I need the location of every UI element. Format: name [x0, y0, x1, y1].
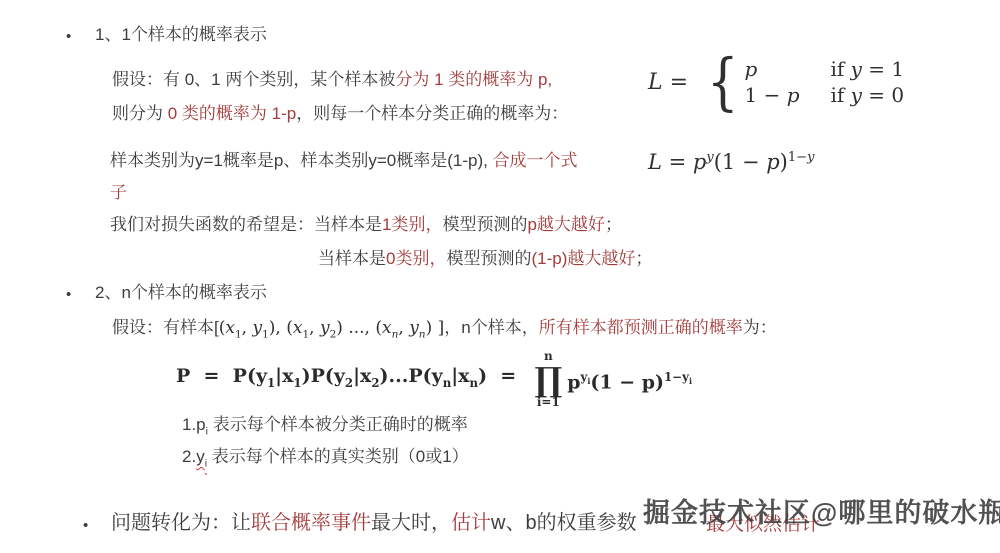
joint-probability-formula: P = P(y1|x1)P(y2|x2)...P(yn|xn) = n ∏ i=…: [176, 350, 692, 409]
note-y-definition: 2.yi 表示每个样本的真实类别（0或1）: [182, 446, 469, 474]
product-symbol: n ∏ i=1: [534, 350, 562, 409]
section1-assumption-line1: 假设：有 0、1 两个类别，某个样本被分为 1 类的概率为 p,: [112, 69, 552, 91]
section2-heading: 2、n个样本的概率表示: [95, 282, 267, 304]
bullet-icon: •: [83, 515, 88, 537]
section1-heading: 1、1个样本的概率表示: [95, 24, 267, 46]
conclusion-line: 问题转化为：让联合概率事件最大时，估计w、b的权重参数: [111, 510, 637, 536]
bullet-icon: •: [66, 26, 71, 48]
piecewise-row-2: 1 − p if y = 0: [744, 84, 904, 107]
compact-loss-formula: L = py(1 − p)1−y: [648, 147, 814, 174]
merge-sentence-line1: 样本类别为y=1概率是p、样本类别y=0概率是(1-p), 合成一个式: [110, 150, 578, 172]
loss-hope-line2: 当样本是0类别，模型预测的(1-p)越大越好；: [318, 248, 652, 270]
product-formula-lhs: P = P(y1|x1)P(y2|x2)...P(yn|xn) =: [176, 365, 529, 394]
bullet-icon: •: [66, 284, 71, 306]
formula-lhs: L =: [648, 71, 695, 94]
slide: • 1、1个样本的概率表示 假设：有 0、1 两个类别，某个样本被分为 1 类的…: [0, 0, 1000, 553]
loss-hope-line1: 我们对损失函数的希望是：当样本是1类别，模型预测的p越大越好；: [110, 214, 622, 236]
curly-brace: {: [707, 56, 739, 109]
watermark: 掘金技术社区@哪里的破水瓶: [643, 502, 1000, 524]
merge-sentence-line2: 子: [110, 182, 127, 204]
note-p-definition: 1.pi 表示每个样本被分类正确时的概率: [182, 414, 468, 442]
section2-intro: 假设：有样本[(x1, y1), (x1, y2) ..., (xn, yn) …: [112, 317, 777, 345]
section1-assumption-line2: 则分为 0 类的概率为 1-p，则每一个样本分类正确的概率为：: [112, 103, 568, 125]
piecewise-row-1: p if y = 1: [744, 58, 904, 81]
piecewise-loss-formula: L = { p if y = 1 1 − p if y = 0: [648, 56, 904, 109]
product-formula-rhs: pyi(1 − p)1−yi: [567, 366, 692, 394]
